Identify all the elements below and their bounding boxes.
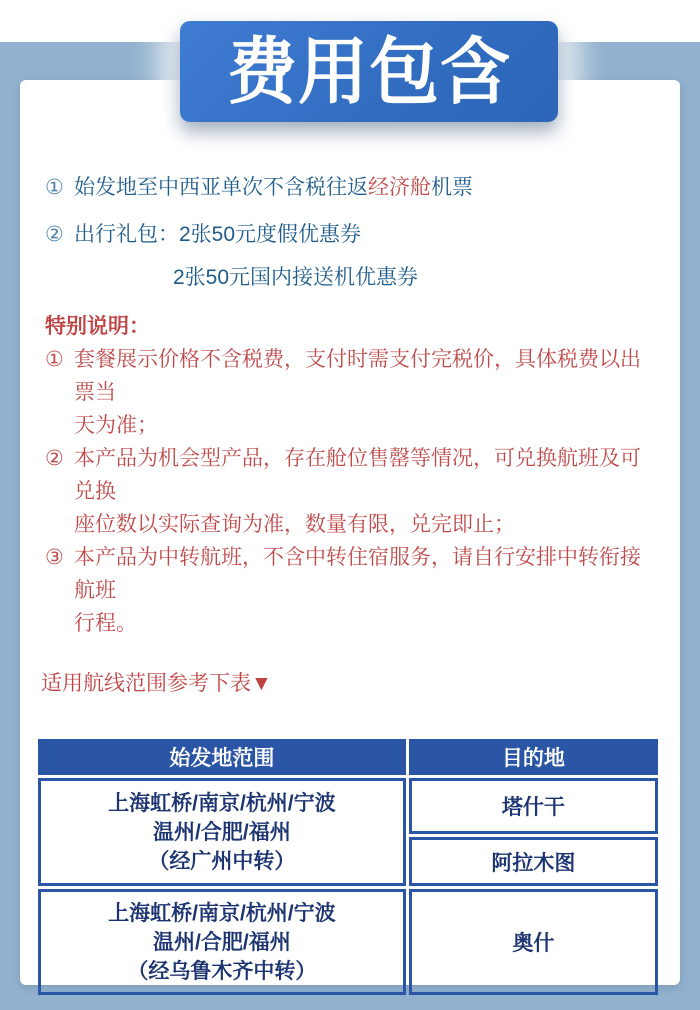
- table-header-row: 始发地范围 目的地: [38, 739, 658, 775]
- included-item-1-text: 始发地至中西亚单次不含税往返经济舱机票: [74, 175, 473, 201]
- note-number-2: ②: [45, 442, 74, 475]
- table-row: 上海虹桥/南京/杭州/宁波 温州/合肥/福州 （经广州中转） 塔什干: [38, 778, 658, 834]
- special-note-3: ③ 本产品为中转航班，不含中转住宿服务，请自行安排中转衔接航班 行程。: [45, 541, 660, 640]
- special-note-3-text: 本产品为中转航班，不含中转住宿服务，请自行安排中转衔接航班 行程。: [74, 541, 660, 640]
- included-item-2-line2-text: 2张50元国内接送机优惠券: [45, 256, 660, 299]
- destination-cell-almaty: 阿拉木图: [409, 837, 658, 886]
- note-number-3: ③: [45, 541, 74, 574]
- included-item-1-highlight: 经济舱: [368, 176, 431, 199]
- special-note-1: ① 套餐展示价格不含税费，支付时需支付完税价，具体税费以出票当 天为准；: [45, 343, 660, 442]
- note-number-1: ①: [45, 343, 74, 376]
- title-badge: 费用包含: [180, 21, 558, 122]
- header-origin: 始发地范围: [38, 739, 406, 775]
- destination-cell-osh: 奥什: [409, 889, 658, 995]
- special-note-2: ② 本产品为机会型产品，存在舱位售罄等情况，可兑换航班及可兑换 座位数以实际查询…: [45, 442, 660, 541]
- included-item-2-line1: ② 出行礼包：2张50元度假优惠券: [45, 213, 660, 256]
- item-number-2: ②: [45, 213, 74, 256]
- content-area: ① 始发地至中西亚单次不含税往返经济舱机票 ② 出行礼包：2张50元度假优惠券 …: [45, 80, 660, 998]
- content-panel: ① 始发地至中西亚单次不含税往返经济舱机票 ② 出行礼包：2张50元度假优惠券 …: [20, 80, 680, 985]
- routes-table: 始发地范围 目的地 上海虹桥/南京/杭州/宁波 温州/合肥/福州 （经广州中转）…: [35, 736, 661, 998]
- included-item-1-pre: 始发地至中西亚单次不含税往返: [74, 176, 368, 199]
- included-item-1-post: 机票: [431, 176, 473, 199]
- item-number-1: ①: [45, 175, 74, 201]
- special-notes-heading: 特别说明：: [45, 310, 660, 343]
- route-note: 适用航线范围参考下表▼: [41, 667, 660, 700]
- included-item-1: ① 始发地至中西亚单次不含税往返经济舱机票: [45, 175, 660, 201]
- page-title: 费用包含: [227, 35, 511, 108]
- special-note-1-text: 套餐展示价格不含税费，支付时需支付完税价，具体税费以出票当 天为准；: [74, 343, 660, 442]
- table-row: 上海虹桥/南京/杭州/宁波 温州/合肥/福州 （经乌鲁木齐中转） 奥什: [38, 889, 658, 995]
- header-destination: 目的地: [409, 739, 658, 775]
- origin-cell-group2: 上海虹桥/南京/杭州/宁波 温州/合肥/福州 （经乌鲁木齐中转）: [38, 889, 406, 995]
- included-item-2-line1-text: 出行礼包：2张50元度假优惠券: [74, 213, 361, 256]
- destination-cell-tashkent: 塔什干: [409, 778, 658, 834]
- special-note-2-text: 本产品为机会型产品，存在舱位售罄等情况，可兑换航班及可兑换 座位数以实际查询为准…: [74, 442, 660, 541]
- origin-cell-group1: 上海虹桥/南京/杭州/宁波 温州/合肥/福州 （经广州中转）: [38, 778, 406, 886]
- included-item-2: ② 出行礼包：2张50元度假优惠券 2张50元国内接送机优惠券: [45, 213, 660, 299]
